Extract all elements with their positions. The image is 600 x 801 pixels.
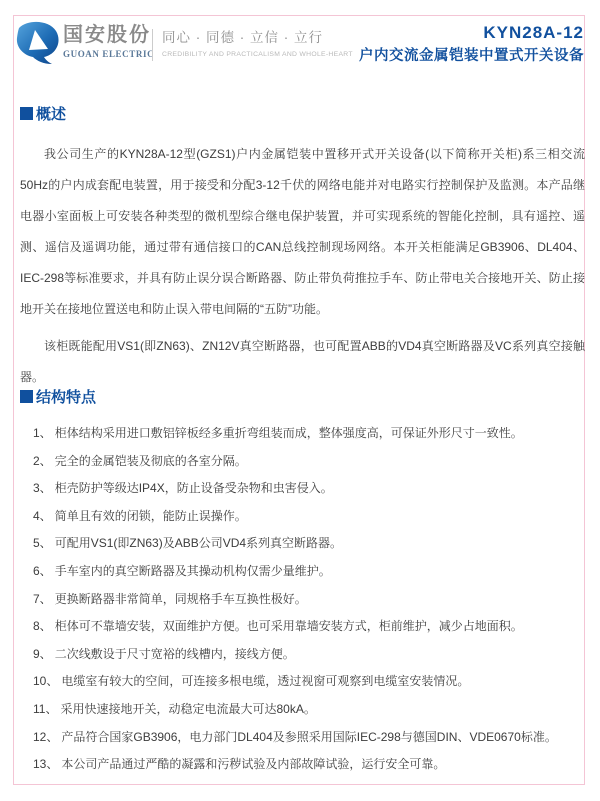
- feature-number: 12、: [33, 730, 58, 744]
- guoan-logo-icon: [15, 21, 60, 64]
- feature-text: 手车室内的真空断路器及其操动机构仅需少量维护。: [55, 564, 331, 578]
- feature-number: 5、: [33, 536, 52, 550]
- feature-list: 1、柜体结构采用进口敷铝锌板经多重折弯组装而成，整体强度高，可保证外形尺寸一致性…: [33, 420, 585, 779]
- feature-number: 11、: [33, 702, 57, 716]
- feature-number: 10、: [33, 674, 58, 688]
- feature-text: 简单且有效的闭锁，能防止误操作。: [55, 509, 247, 523]
- overview-paragraph-1: 我公司生产的KYN28A-12型(GZS1)户内金属铠装中置移开式开关设备(以下…: [20, 139, 585, 325]
- section-title-overview: 概述: [36, 106, 66, 123]
- slogan-block: 同心 · 同德 · 立信 · 立行 CREDIBILITY AND PRACTI…: [162, 30, 353, 58]
- feature-item: 7、更换断路器非常简单，同规格手车互换性极好。: [33, 586, 585, 614]
- feature-item: 10、电缆室有较大的空间，可连接多根电缆，透过视窗可观察到电缆室安装情况。: [33, 668, 585, 696]
- feature-number: 13、: [33, 757, 58, 771]
- slogan-en: CREDIBILITY AND PRACTICALISM AND WHOLE-H…: [162, 51, 353, 58]
- feature-number: 3、: [33, 481, 52, 495]
- feature-text: 产品符合国家GB3906，电力部门DL404及参照采用国际IEC-298与德国D…: [61, 730, 556, 744]
- feature-number: 2、: [33, 454, 52, 468]
- slogan-cn: 同心 · 同德 · 立信 · 立行: [162, 30, 353, 45]
- product-name: 户内交流金属铠装中置式开关设备: [359, 44, 584, 65]
- company-name-en: GUOAN ELECTRIC: [63, 49, 154, 59]
- logo-text-block: 国安股份 GUOAN ELECTRIC: [63, 24, 154, 59]
- feature-item: 1、柜体结构采用进口敷铝锌板经多重折弯组装而成，整体强度高，可保证外形尺寸一致性…: [33, 420, 585, 448]
- feature-text: 电缆室有较大的空间，可连接多根电缆，透过视窗可观察到电缆室安装情况。: [61, 674, 469, 688]
- feature-text: 更换断路器非常简单，同规格手车互换性极好。: [55, 592, 307, 606]
- section-square-icon: [20, 390, 33, 403]
- feature-text: 可配用VS1(即ZN63)及ABB公司VD4系列真空断路器。: [55, 536, 342, 550]
- company-name-cn: 国安股份: [63, 24, 154, 46]
- product-model: KYN28A-12: [359, 24, 584, 42]
- feature-text: 采用快速接地开关，动稳定电流最大可达80kA。: [60, 702, 315, 716]
- feature-item: 13、本公司产品通过严酷的凝露和污秽试验及内部故障试验，运行安全可靠。: [33, 751, 585, 779]
- product-title-block: KYN28A-12 户内交流金属铠装中置式开关设备: [359, 24, 584, 65]
- feature-text: 柜体可不靠墙安装，双面维护方便。也可采用靠墙安装方式，柜前维护，减少占地面积。: [55, 619, 523, 633]
- feature-item: 8、柜体可不靠墙安装，双面维护方便。也可采用靠墙安装方式，柜前维护，减少占地面积…: [33, 613, 585, 641]
- overview-paragraph-2: 该柜既能配用VS1(即ZN63)、ZN12V真空断路器，也可配置ABB的VD4真…: [20, 331, 585, 393]
- feature-number: 7、: [33, 592, 52, 606]
- section-title-features: 结构特点: [36, 389, 96, 406]
- feature-item: 4、简单且有效的闭锁，能防止误操作。: [33, 503, 585, 531]
- feature-number: 9、: [33, 647, 52, 661]
- feature-text: 本公司产品通过严酷的凝露和污秽试验及内部故障试验，运行安全可靠。: [61, 757, 445, 771]
- feature-item: 12、产品符合国家GB3906，电力部门DL404及参照采用国际IEC-298与…: [33, 724, 585, 752]
- feature-item: 6、手车室内的真空断路器及其操动机构仅需少量维护。: [33, 558, 585, 586]
- feature-item: 9、二次线敷设于尺寸宽裕的线槽内，接线方便。: [33, 641, 585, 669]
- feature-item: 11、采用快速接地开关，动稳定电流最大可达80kA。: [33, 696, 585, 724]
- section-header-overview: 概述: [20, 103, 66, 124]
- feature-number: 8、: [33, 619, 52, 633]
- feature-item: 3、柜壳防护等级达IP4X，防止设备受杂物和虫害侵入。: [33, 475, 585, 503]
- header-divider: [152, 29, 153, 61]
- feature-text: 柜壳防护等级达IP4X，防止设备受杂物和虫害侵入。: [55, 481, 333, 495]
- section-header-features: 结构特点: [20, 386, 96, 407]
- section-square-icon: [20, 107, 33, 120]
- feature-number: 4、: [33, 509, 52, 523]
- feature-item: 2、完全的金属铠装及彻底的各室分隔。: [33, 448, 585, 476]
- feature-text: 二次线敷设于尺寸宽裕的线槽内，接线方便。: [55, 647, 295, 661]
- feature-number: 6、: [33, 564, 52, 578]
- feature-text: 完全的金属铠装及彻底的各室分隔。: [55, 454, 247, 468]
- product-page: { "page": { "background": "#ffffff", "fr…: [0, 0, 600, 801]
- feature-number: 1、: [33, 426, 52, 440]
- feature-text: 柜体结构采用进口敷铝锌板经多重折弯组装而成，整体强度高，可保证外形尺寸一致性。: [55, 426, 523, 440]
- feature-item: 5、可配用VS1(即ZN63)及ABB公司VD4系列真空断路器。: [33, 530, 585, 558]
